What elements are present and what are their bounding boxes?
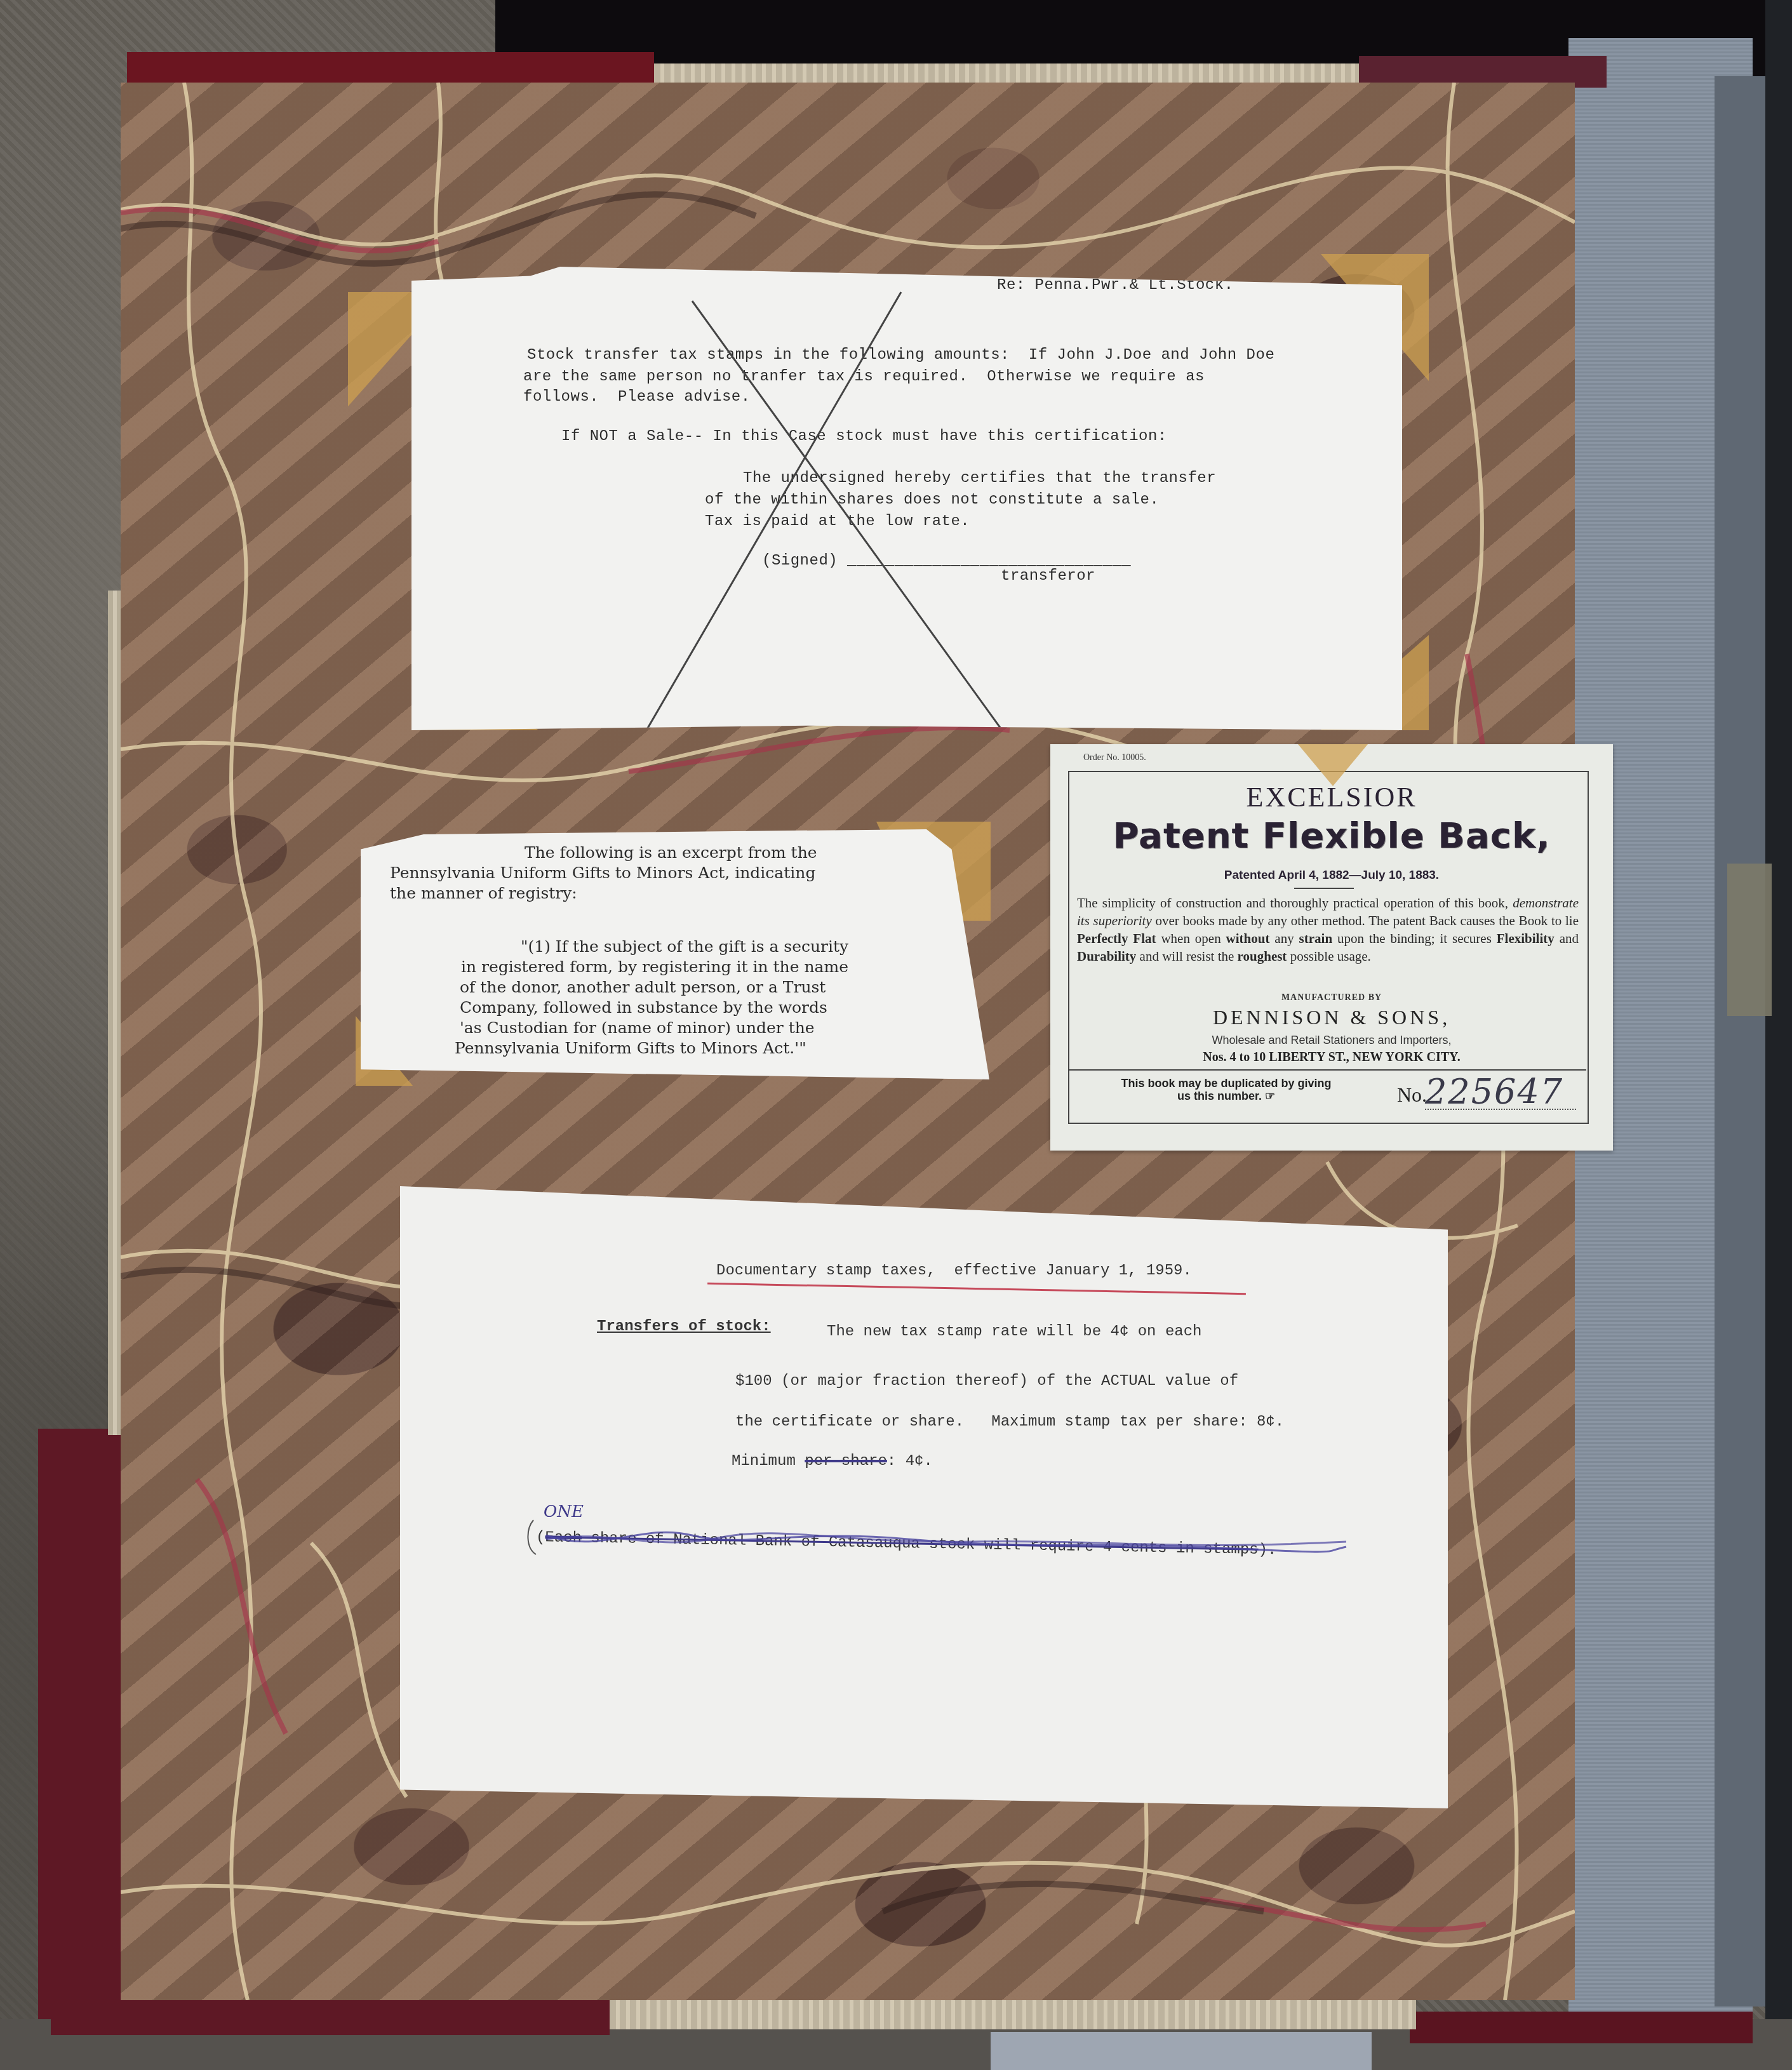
- minimum-line: Minimum per share: 4¢.: [732, 1453, 933, 1470]
- pointing-hand-icon: us this number. ☞: [1077, 1090, 1375, 1102]
- notice-transfer-tax: Re: Penna.Pwr.& Lt.Stock. Stock transfer…: [411, 267, 1402, 730]
- notice-stamp-taxes: Documentary stamp taxes, effective Janua…: [400, 1186, 1448, 1808]
- struck-per-share: per share: [805, 1453, 887, 1470]
- text-line: 'as Custodian for (name of minor) under …: [460, 1018, 815, 1037]
- label-title: Patent Flexible Back,: [1050, 815, 1613, 857]
- text-line: the certificate or share. Maximum stamp …: [735, 1413, 1284, 1431]
- ink-scribble-strikeout: [527, 1516, 1353, 1561]
- number-prefix: No.: [1397, 1083, 1427, 1107]
- text-line: the manner of registry:: [390, 884, 577, 902]
- leather-bottom-edge: [51, 1997, 610, 2035]
- light-object-bottom: [991, 2032, 1372, 2070]
- notice-heading: Documentary stamp taxes, effective Janua…: [716, 1262, 1192, 1279]
- excelsior-label: Order No. 10005. EXCELSIOR Patent Flexib…: [1050, 744, 1613, 1151]
- text-line: The following is an excerpt from the: [525, 843, 817, 862]
- maker-name: DENNISON & SONS,: [1050, 1006, 1613, 1029]
- text-line: of the donor, another adult person, or a…: [460, 978, 826, 996]
- section-label: Transfers of stock:: [597, 1318, 771, 1335]
- number-dotted-line: [1425, 1109, 1576, 1110]
- pencil-x-mark: [411, 267, 1402, 730]
- text-line: $100 (or major fraction thereof) of the …: [735, 1373, 1238, 1390]
- divider: [1068, 1069, 1586, 1071]
- leather-bottom-right-edge: [1410, 2012, 1753, 2043]
- order-number: Order No. 10005.: [1083, 753, 1146, 763]
- label-description: The simplicity of construction and thoro…: [1077, 894, 1579, 965]
- maker-description: Wholesale and Retail Stationers and Impo…: [1050, 1034, 1613, 1047]
- leather-left-bottom-corner: [38, 1429, 127, 2019]
- text-line: Pennsylvania Uniform Gifts to Minors Act…: [455, 1039, 806, 1057]
- hinge-tape-bottom: [610, 2000, 1416, 2029]
- divider: [1294, 888, 1354, 889]
- patent-dates: Patented April 4, 1882—July 10, 1883.: [1050, 869, 1613, 883]
- manufactured-by: MANUFACTURED BY: [1050, 993, 1613, 1003]
- dark-background-right: [1765, 0, 1792, 2070]
- text-line: Company, followed in substance by the wo…: [460, 998, 827, 1017]
- brand-name: EXCELSIOR: [1050, 781, 1613, 813]
- duplicate-note: This book may be duplicated by givingus …: [1077, 1077, 1375, 1102]
- handwritten-book-number: 225647: [1425, 1072, 1563, 1112]
- notice-gifts-to-minors: The following is an excerpt from the Pen…: [361, 829, 989, 1079]
- spine-patch: [1727, 864, 1772, 1016]
- text-line: Pennsylvania Uniform Gifts to Minors Act…: [390, 864, 815, 882]
- text-line: The new tax stamp rate will be 4¢ on eac…: [827, 1323, 1202, 1340]
- text-line: in registered form, by registering it in…: [461, 958, 848, 976]
- text-line: "(1) If the subject of the gift is a sec…: [521, 937, 848, 956]
- red-underline: [707, 1283, 1246, 1295]
- spine-shadow: [1715, 76, 1765, 2007]
- maker-address: Nos. 4 to 10 LIBERTY ST., NEW YORK CITY.: [1050, 1050, 1613, 1065]
